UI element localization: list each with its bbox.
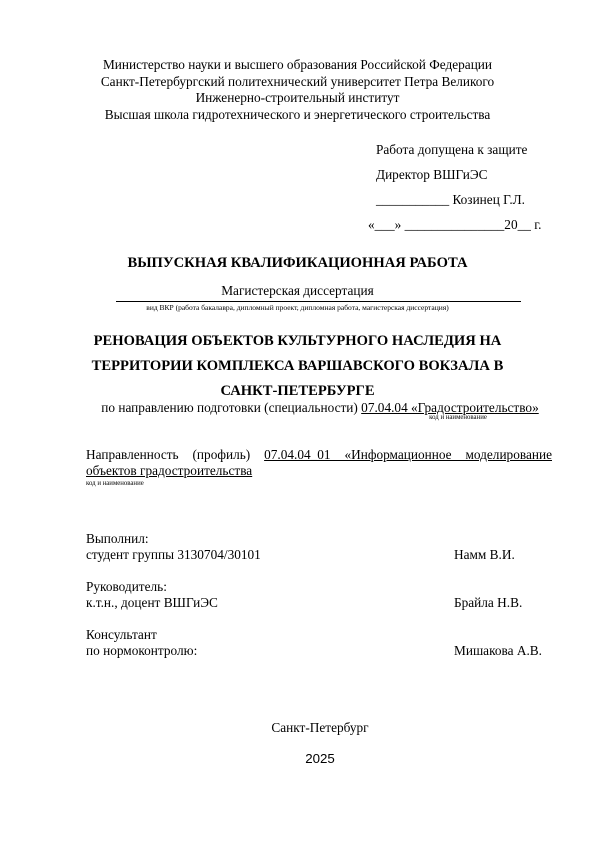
footer-year: 2025 <box>0 751 595 766</box>
profile-line: Направленность (профиль) 07.04.04_01 «Ин… <box>86 447 552 479</box>
direction-value: 07.04.04 «Градостроительство» <box>361 400 539 415</box>
footer-city: Санкт-Петербург <box>0 720 595 736</box>
approval-block: Работа допущена к защите Директор ВШГиЭС… <box>376 137 542 237</box>
direction-label: по направлению подготовки (специальности… <box>101 400 358 415</box>
header-school: Высшая школа гидротехнического и энергет… <box>0 107 595 124</box>
person-role: Руководитель: <box>86 579 552 595</box>
person-supervisor: Руководитель: к.т.н., доцент ВШГиЭС Брай… <box>86 579 552 611</box>
ministry-header: Министерство науки и высшего образования… <box>0 57 595 123</box>
person-name: Намм В.И. <box>454 547 552 563</box>
work-type-value: Магистерская диссертация <box>0 283 595 299</box>
person-detail: студент группы 3130704/30101 <box>86 547 261 563</box>
direction-hint: код и наименование <box>358 414 558 422</box>
profile-label: Направленность (профиль) <box>86 447 250 462</box>
person-detail: по нормоконтролю: <box>86 643 197 659</box>
person-name: Брайла Н.В. <box>454 595 552 611</box>
header-university: Санкт-Петербургский политехнический унив… <box>0 74 595 91</box>
approval-date: «___» _______________20__ г. <box>368 212 542 237</box>
work-type-title: ВЫПУСКНАЯ КВАЛИФИКАЦИОННАЯ РАБОТА <box>0 255 595 272</box>
approval-admitted: Работа допущена к защите <box>376 137 542 162</box>
approval-signature: ___________ Козинец Г.Л. <box>376 187 542 212</box>
header-ministry: Министерство науки и высшего образования… <box>0 57 595 74</box>
person-student: Выполнил: студент группы 3130704/30101 Н… <box>86 531 552 563</box>
work-type-rule <box>116 301 521 302</box>
profile-hint: код и наименование <box>86 480 144 487</box>
person-consultant: Консультант по нормоконтролю: Мишакова А… <box>86 627 552 659</box>
thesis-title: РЕНОВАЦИЯ ОБЪЕКТОВ КУЛЬТУРНОГО НАСЛЕДИЯ … <box>70 329 525 404</box>
approval-position: Директор ВШГиЭС <box>376 162 542 187</box>
header-institute: Инженерно-строительный институт <box>0 90 595 107</box>
person-name: Мишакова А.В. <box>454 643 552 659</box>
person-role: Выполнил: <box>86 531 552 547</box>
work-type-hint: вид ВКР (работа бакалавра, дипломный про… <box>0 303 595 312</box>
person-detail: к.т.н., доцент ВШГиЭС <box>86 595 218 611</box>
person-role: Консультант <box>86 627 552 643</box>
